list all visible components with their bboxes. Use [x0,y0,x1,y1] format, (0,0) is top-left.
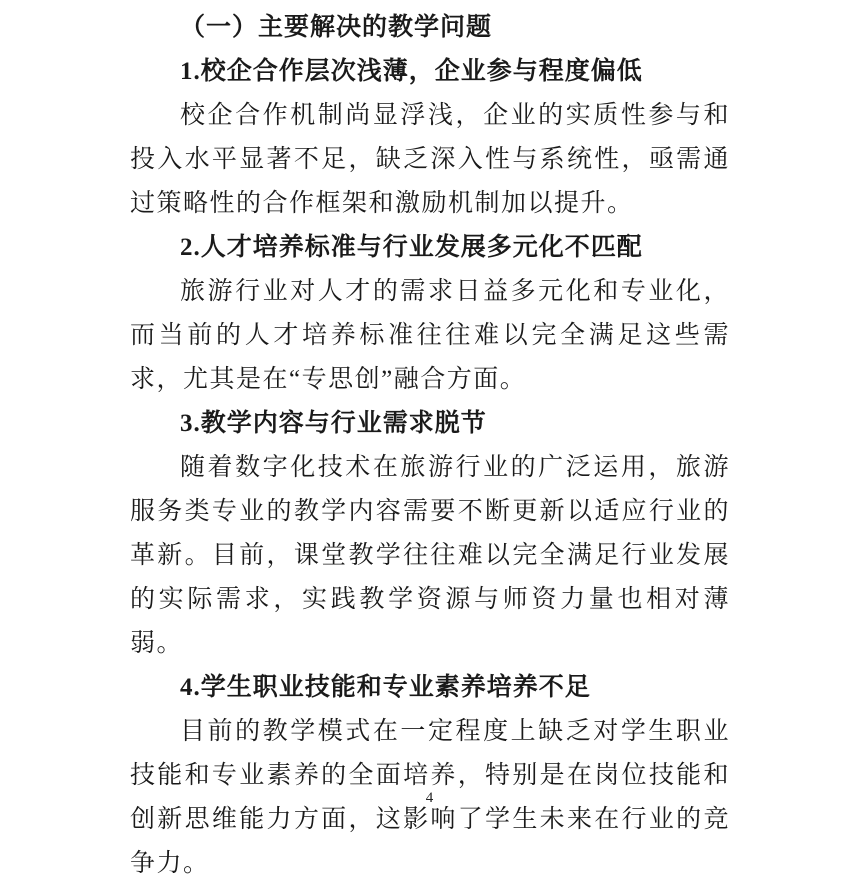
page-content: （一）主要解决的教学问题 1.校企合作层次浅薄，企业参与程度偏低 校企合作机制尚… [130,6,730,885]
page-number: 4 [0,790,859,807]
item-title-2: 2.人才培养标准与行业发展多元化不匹配 [130,226,730,270]
item-title-4: 4.学生职业技能和专业素养培养不足 [130,666,730,710]
item-body-2: 旅游行业对人才的需求日益多元化和专业化，而当前的人才培养标准往往难以完全满足这些… [130,270,730,402]
document-page: （一）主要解决的教学问题 1.校企合作层次浅薄，企业参与程度偏低 校企合作机制尚… [0,0,859,885]
item-body-1: 校企合作机制尚显浮浅，企业的实质性参与和投入水平显著不足，缺乏深入性与系统性，亟… [130,94,730,226]
item-title-1: 1.校企合作层次浅薄，企业参与程度偏低 [130,50,730,94]
section-heading: （一）主要解决的教学问题 [130,6,730,50]
item-body-3: 随着数字化技术在旅游行业的广泛运用，旅游服务类专业的教学内容需要不断更新以适应行… [130,446,730,666]
item-title-3: 3.教学内容与行业需求脱节 [130,402,730,446]
